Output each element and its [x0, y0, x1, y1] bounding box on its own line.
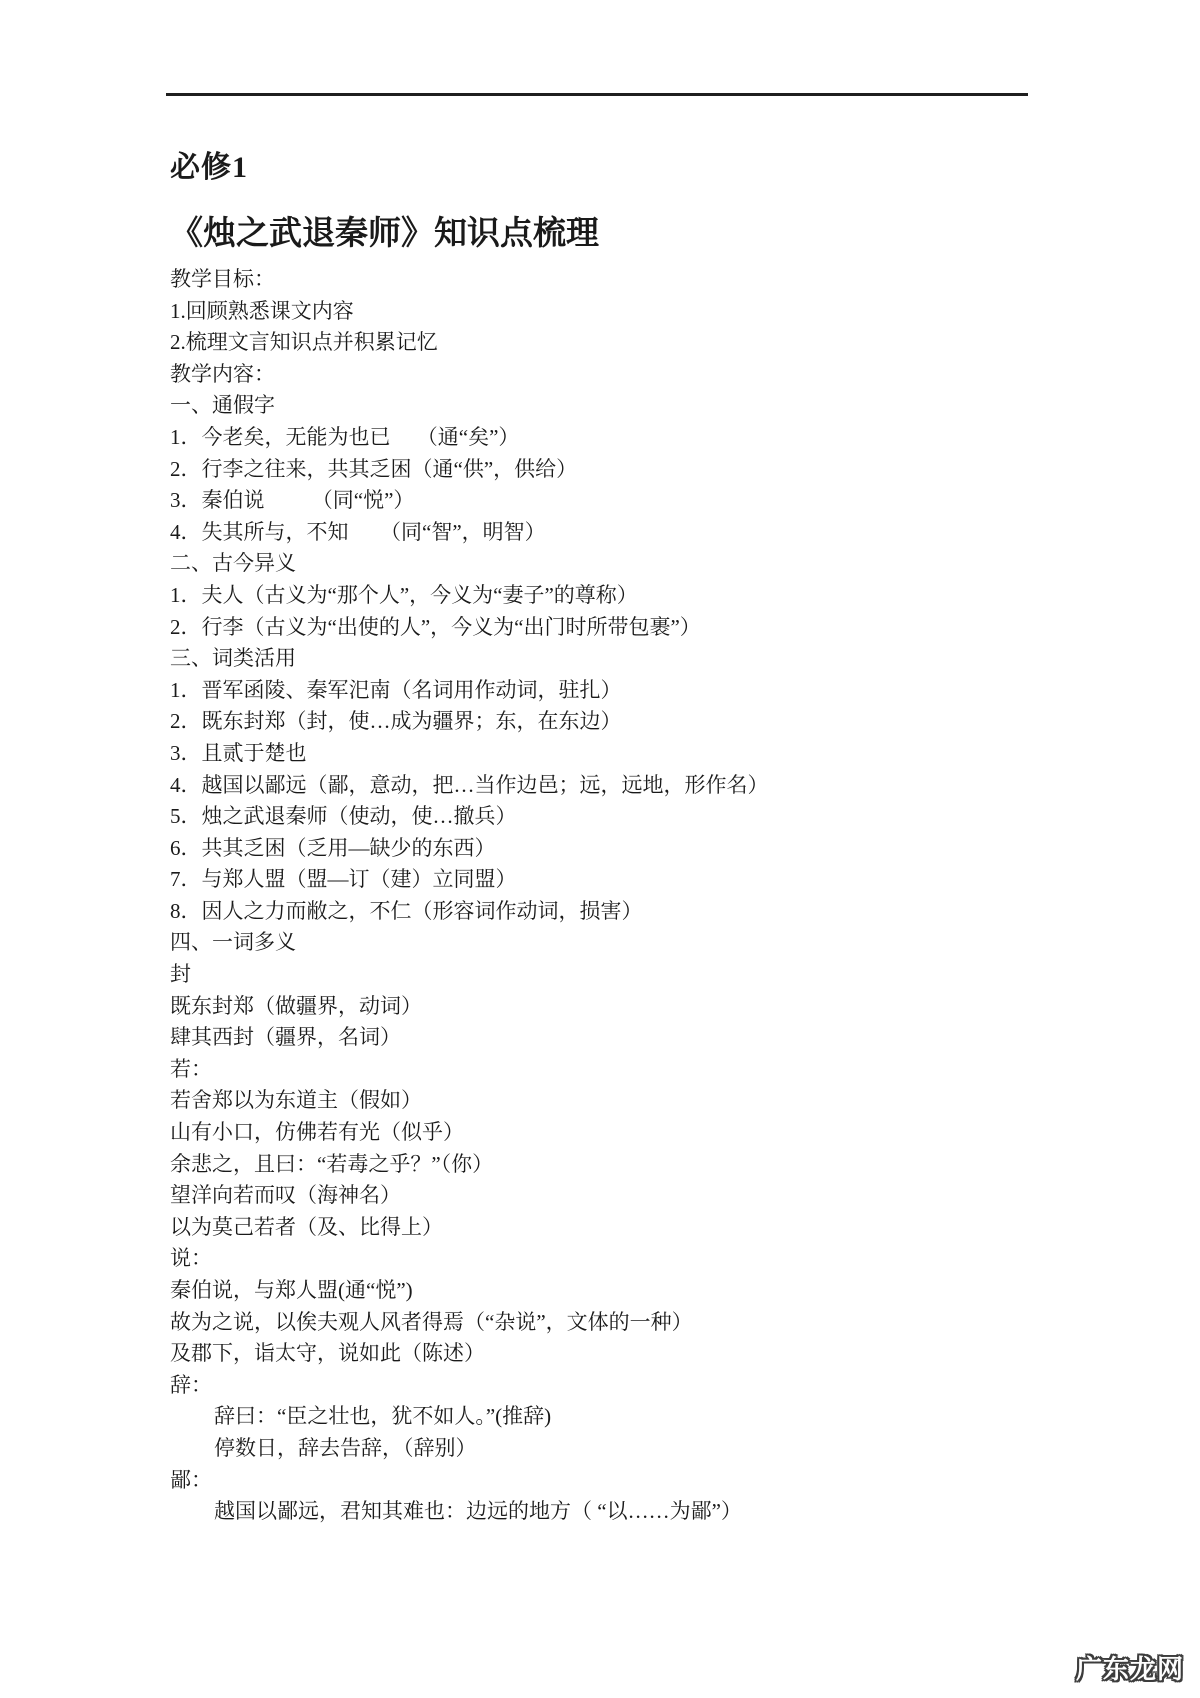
text-line: 三、词类活用	[170, 643, 1070, 675]
text-line: 4．越国以鄙远（鄙，意动，把…当作边邑；远，远地，形作名）	[170, 770, 1070, 802]
text-line: 停数日，辞去告辞，（辞别）	[170, 1433, 1070, 1465]
text-line: 4．失其所与，不知 （同“智”，明智）	[170, 517, 1070, 549]
text-line: 教学目标：	[170, 264, 1070, 296]
text-line: 既东封郑（做疆界，动词）	[170, 991, 1070, 1023]
text-line: 1．今老矣，无能为也已 （通“矣”）	[170, 422, 1070, 454]
module-heading: 必修1	[170, 150, 1070, 186]
text-line: 若：	[170, 1054, 1070, 1086]
text-line: 8．因人之力而敝之，不仁（形容词作动词，损害）	[170, 896, 1070, 928]
text-line: 望洋向若而叹（海神名）	[170, 1180, 1070, 1212]
text-line: 5．烛之武退秦师（使动，使…撤兵）	[170, 801, 1070, 833]
document-content: 必修1 《烛之武退秦师》知识点梳理 教学目标：1.回顾熟悉课文内容2.梳理文言知…	[170, 0, 1070, 1528]
document-body: 教学目标：1.回顾熟悉课文内容2.梳理文言知识点并积累记忆教学内容：一、通假字1…	[170, 264, 1070, 1528]
text-line: 越国以鄙远，君知其难也：边远的地方（ “以……为鄙”）	[170, 1496, 1070, 1528]
document-title: 《烛之武退秦师》知识点梳理	[170, 212, 1070, 256]
text-line: 以为莫己若者（及、比得上）	[170, 1212, 1070, 1244]
text-line: 教学内容：	[170, 359, 1070, 391]
text-line: 2．既东封郑（封，使…成为疆界；东，在东边）	[170, 706, 1070, 738]
text-line: 1．夫人（古义为“那个人”，今义为“妻子”的尊称）	[170, 580, 1070, 612]
text-line: 鄙：	[170, 1465, 1070, 1497]
text-line: 山有小口，仿佛若有光（似乎）	[170, 1117, 1070, 1149]
text-line: 四、一词多义	[170, 927, 1070, 959]
text-line: 说：	[170, 1243, 1070, 1275]
text-line: 3．秦伯说 （同“悦”）	[170, 485, 1070, 517]
text-line: 辞曰：“臣之壮也，犹不如人。”(推辞)	[170, 1401, 1070, 1433]
text-line: 6．共其乏困（乏用—缺少的东西）	[170, 833, 1070, 865]
text-line: 辞：	[170, 1370, 1070, 1402]
text-line: 2．行李（古义为“出使的人”，今义为“出门时所带包裹”）	[170, 612, 1070, 644]
text-line: 7．与郑人盟（盟—订（建）立同盟）	[170, 864, 1070, 896]
text-line: 封	[170, 959, 1070, 991]
text-line: 及郡下，诣太守，说如此（陈述）	[170, 1338, 1070, 1370]
text-line: 1．晋军函陵、秦军汜南（名词用作动词，驻扎）	[170, 675, 1070, 707]
text-line: 若舍郑以为东道主（假如）	[170, 1085, 1070, 1117]
text-line: 二、古今异义	[170, 548, 1070, 580]
text-line: 2.梳理文言知识点并积累记忆	[170, 327, 1070, 359]
text-line: 余悲之，且曰：“若毒之乎？”（你）	[170, 1149, 1070, 1181]
document-page: 必修1 《烛之武退秦师》知识点梳理 教学目标：1.回顾熟悉课文内容2.梳理文言知…	[0, 0, 1200, 1698]
text-line: 肆其西封（疆界，名词）	[170, 1022, 1070, 1054]
text-line: 1.回顾熟悉课文内容	[170, 296, 1070, 328]
text-line: 3．且贰于楚也	[170, 738, 1070, 770]
text-line: 一、通假字	[170, 390, 1070, 422]
text-line: 故为之说，以俟夫观人风者得焉（“杂说”，文体的一种）	[170, 1307, 1070, 1339]
text-line: 2．行李之往来，共其乏困（通“供”，供给）	[170, 454, 1070, 486]
site-watermark: 广东龙网	[1076, 1649, 1184, 1686]
text-line: 秦伯说，与郑人盟(通“悦”)	[170, 1275, 1070, 1307]
